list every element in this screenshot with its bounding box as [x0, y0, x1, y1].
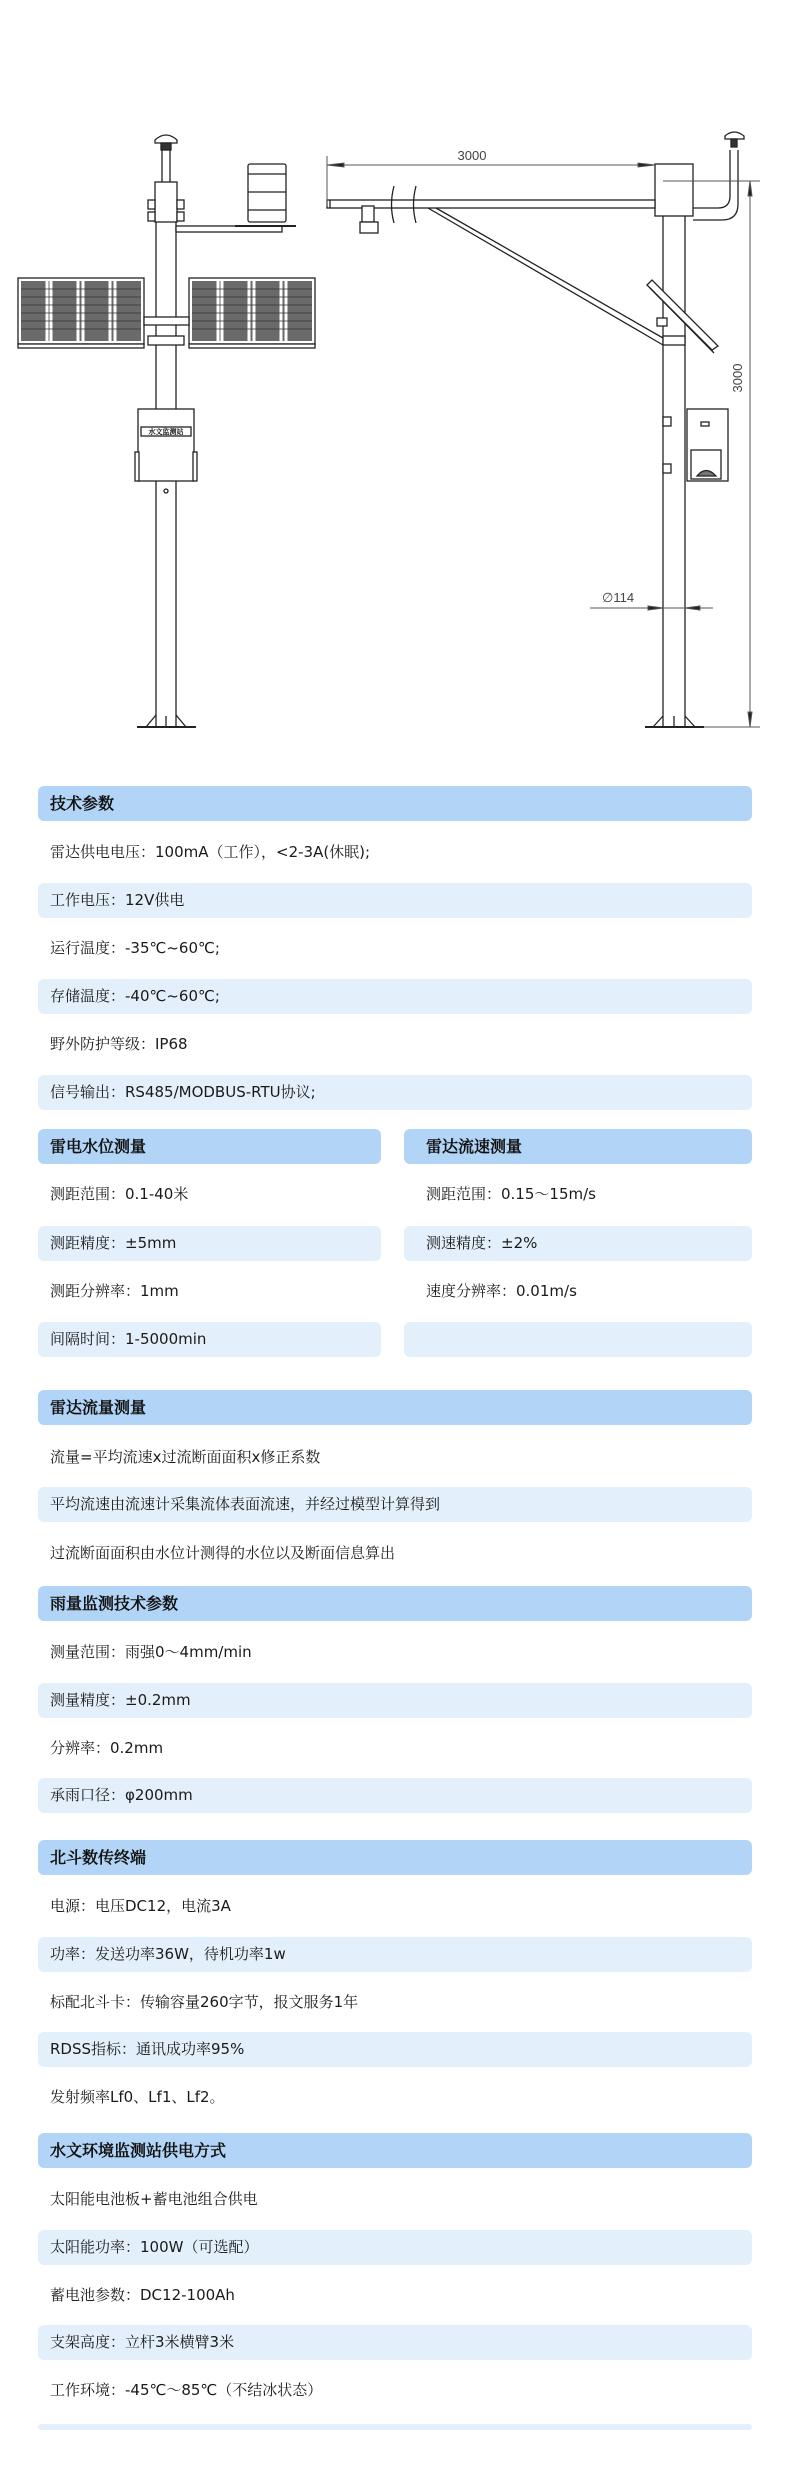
rain-range: 测量范围：雨强0～4mm/min [38, 1635, 752, 1670]
rain-accuracy: 测量精度：±0.2mm [38, 1683, 752, 1718]
flow-speed-accuracy: 测速精度：±2% [404, 1226, 752, 1261]
beidou-rdss: RDSS指标：通讯成功率95% [38, 2032, 752, 2067]
tech-row-storage-temp: 存储温度：-40℃~60℃; [38, 979, 752, 1014]
section-header-water-level: 雷电水位测量 [38, 1129, 381, 1164]
solar-panel-left-icon [18, 278, 144, 348]
rain-resolution: 分辨率：0.2mm [38, 1731, 752, 1766]
power-environment: 工作环境：-45℃～85℃（不结冰状态） [38, 2373, 752, 2408]
installation-drawing: 3000 3000 ∅114 水文监测站 [0, 0, 790, 770]
beidou-power: 功率：发送功率36W，待机功率1w [38, 1937, 752, 1972]
pole-diameter-dimension: ∅114 [602, 590, 634, 605]
pole-height-dimension: 3000 [730, 364, 745, 393]
power-bracket-height: 支架高度：立杆3米横臂3米 [38, 2325, 752, 2360]
flow-speed-empty [404, 1322, 752, 1357]
section-header-flow-speed: 雷达流速测量 [404, 1129, 752, 1164]
section-header-power: 水文环境监测站供电方式 [38, 2133, 752, 2168]
beidou-frequency: 发射频率Lf0、Lf1、Lf2。 [38, 2080, 752, 2115]
side-view [327, 132, 744, 727]
section-header-flow: 雷达流量测量 [38, 1390, 752, 1425]
flow-speed-range: 测距范围：0.15～15m/s [404, 1177, 752, 1212]
power-solar: 太阳能功率：100W（可选配） [38, 2230, 752, 2265]
tech-row-signal-output: 信号输出：RS485/MODBUS-RTU协议; [38, 1075, 752, 1110]
power-mode: 太阳能电池板+蓄电池组合供电 [38, 2182, 752, 2217]
beidou-power-supply: 电源：电压DC12，电流3A [38, 1889, 752, 1924]
flow-speed-resolution: 速度分辨率：0.01m/s [404, 1274, 752, 1309]
section-header-tech: 技术参数 [38, 786, 752, 821]
water-level-accuracy: 测距精度：±5mm [38, 1226, 381, 1261]
flow-formula: 流量=平均流速x过流断面面积x修正系数 [38, 1440, 752, 1475]
arm-length-dimension: 3000 [458, 148, 487, 163]
tech-row-protection: 野外防护等级：IP68 [38, 1027, 752, 1062]
side-enclosure-icon [663, 409, 728, 481]
section-header-beidou: 北斗数传终端 [38, 1840, 752, 1875]
tech-row-operating-temp: 运行温度：-35℃~60℃; [38, 931, 752, 966]
rain-gauge-icon [248, 164, 286, 222]
beidou-card: 标配北斗卡：传输容量260字节，报文服务1年 [38, 1985, 752, 2020]
water-level-interval: 间隔时间：1-5000min [38, 1322, 381, 1357]
radar-sensor-icon [360, 206, 378, 233]
power-battery: 蓄电池参数：DC12-100Ah [38, 2278, 752, 2313]
water-level-resolution: 测距分辨率：1mm [38, 1274, 381, 1309]
tech-row-voltage: 工作电压：12V供电 [38, 883, 752, 918]
flow-area: 过流断面面积由水位计测得的水位以及断面信息算出 [38, 1536, 752, 1571]
enclosure-box-icon [135, 409, 197, 493]
enclosure-label: 水文监测站 [148, 427, 184, 436]
tech-row-radar-power: 雷达供电电压：100mA（工作），<2-3A(休眠); [38, 835, 752, 870]
footer-divider [38, 2424, 752, 2430]
section-header-rain: 雨量监测技术参数 [38, 1586, 752, 1621]
rain-caliber: 承雨口径：φ200mm [38, 1778, 752, 1813]
solar-panel-right-icon [189, 278, 315, 348]
flow-avg-speed: 平均流速由流速计采集流体表面流速，并经过模型计算得到 [38, 1487, 752, 1522]
water-level-range: 测距范围：0.1-40米 [38, 1177, 381, 1212]
